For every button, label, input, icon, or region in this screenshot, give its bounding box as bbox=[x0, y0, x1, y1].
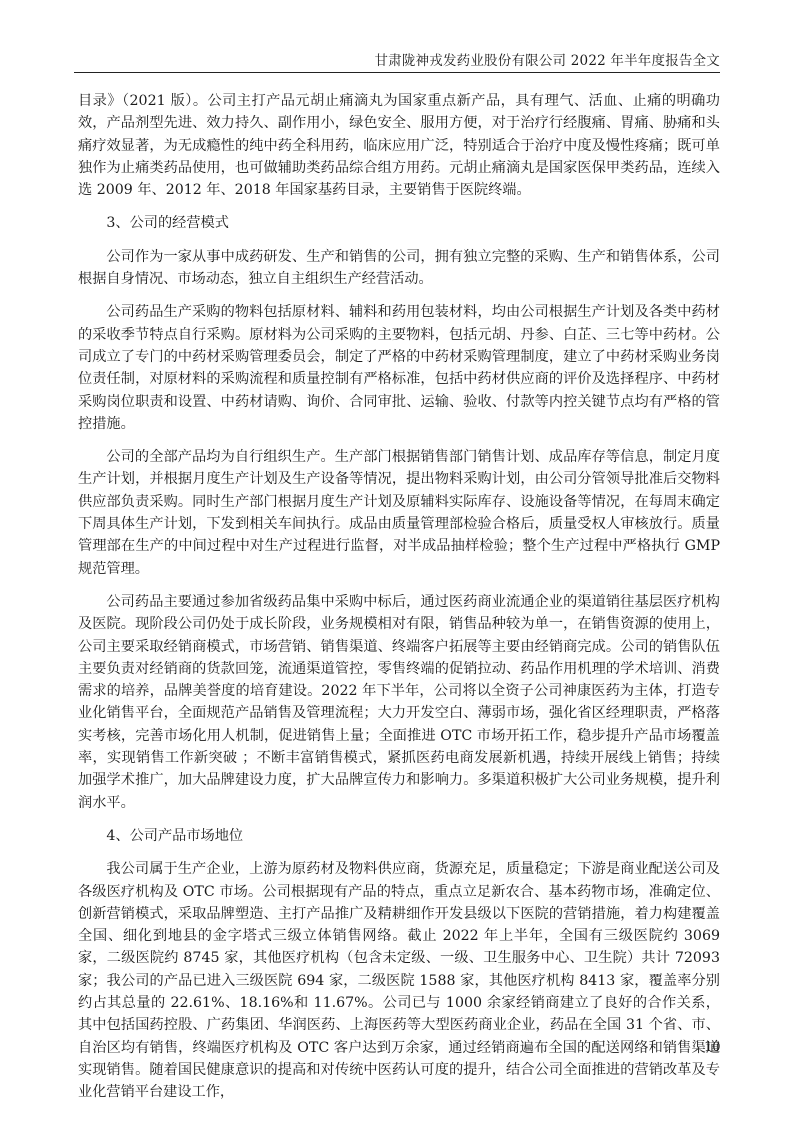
paragraph-sales: 公司药品主要通过参加省级药品集中采购中标后，通过医药商业流通企业的渠道销往基层医… bbox=[78, 591, 720, 814]
page-number: 10 bbox=[704, 1040, 721, 1055]
paragraph-procurement: 公司药品生产采购的物料包括原材料、辅料和药用包装材料，均由公司根据生产计划及各类… bbox=[78, 301, 720, 435]
paragraph-production: 公司的全部产品均为自行组织生产。生产部门根据销售部门销售计划、成品库存等信息，制… bbox=[78, 446, 720, 580]
section-heading-business-model: 3、公司的经营模式 bbox=[78, 212, 720, 234]
paragraph-market-position: 我公司属于生产企业，上游为原药材及物料供应商，货源充足，质量稳定；下游是商业配送… bbox=[78, 858, 720, 1103]
section-heading-market-position: 4、公司产品市场地位 bbox=[78, 825, 720, 847]
document-body: 目录》（2021 版）。公司主打产品元胡止痛滴丸为国家重点新产品，具有理气、活血… bbox=[78, 90, 720, 1114]
page-header: 甘肃陇神戎发药业股份有限公司 2022 年半年度报告全文 bbox=[74, 50, 720, 73]
paragraph-product-description: 目录》（2021 版）。公司主打产品元胡止痛滴丸为国家重点新产品，具有理气、活血… bbox=[78, 90, 720, 201]
report-title: 甘肃陇神戎发药业股份有限公司 2022 年半年度报告全文 bbox=[374, 53, 720, 69]
paragraph-business-overview: 公司作为一家从事中成药研发、生产和销售的公司，拥有独立完整的采购、生产和销售体系… bbox=[78, 246, 720, 291]
